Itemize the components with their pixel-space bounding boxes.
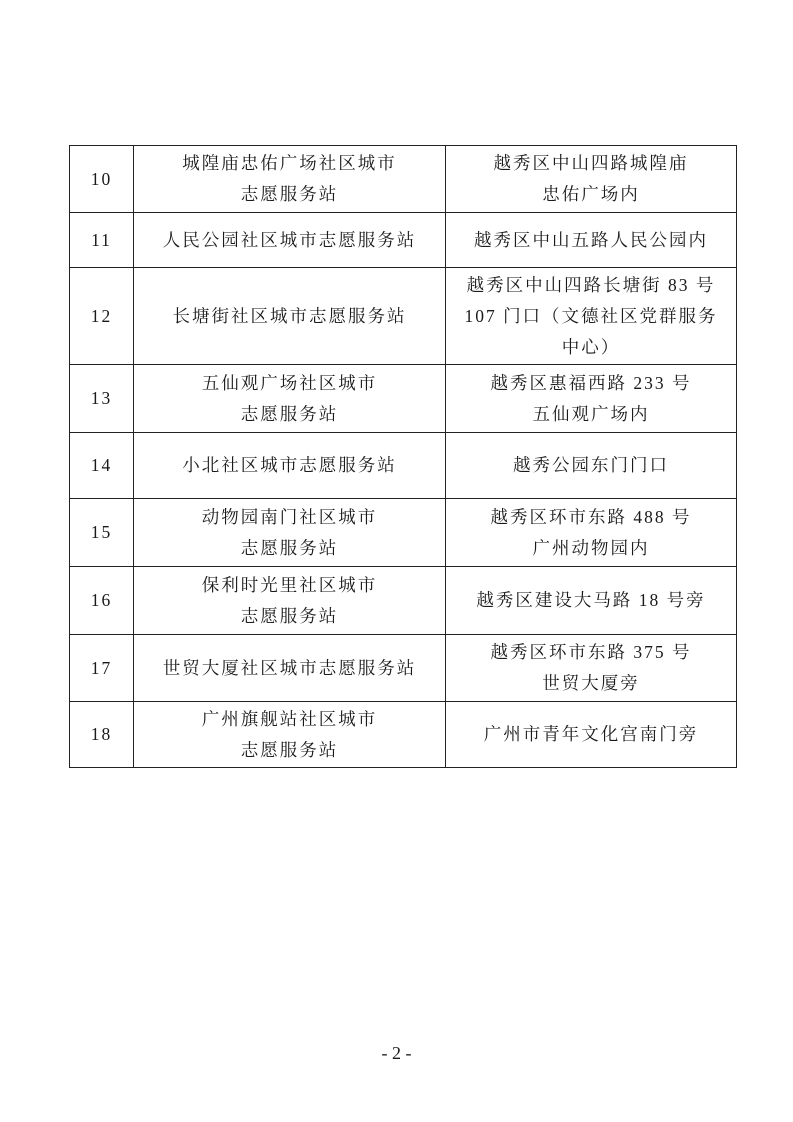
station-address-line: 越秀区建设大马路 18 号旁 [450,585,732,616]
row-number: 15 [70,499,134,567]
table-row: 17世贸大厦社区城市志愿服务站越秀区环市东路 375 号世贸大厦旁 [70,635,737,702]
station-name-cell: 保利时光里社区城市志愿服务站 [134,567,446,635]
station-address-line: 越秀区惠福西路 233 号 [450,368,732,399]
table-row: 16保利时光里社区城市志愿服务站越秀区建设大马路 18 号旁 [70,567,737,635]
station-address-line: 107 门口（文德社区党群服务 [450,301,732,332]
station-name-line: 人民公园社区城市志愿服务站 [138,225,441,256]
station-name-line: 小北社区城市志愿服务站 [138,450,441,481]
stations-table: 10城隍庙忠佑广场社区城市志愿服务站越秀区中山四路城隍庙忠佑广场内11人民公园社… [69,145,737,768]
station-address-line: 越秀区中山四路长塘街 83 号 [450,270,732,301]
station-address-line: 忠佑广场内 [450,179,732,210]
station-name-cell: 世贸大厦社区城市志愿服务站 [134,635,446,702]
station-address-line: 广州市青年文化宫南门旁 [450,719,732,750]
station-name-line: 五仙观广场社区城市 [138,368,441,399]
station-address-line: 越秀公园东门门口 [450,450,732,481]
station-name-cell: 长塘街社区城市志愿服务站 [134,268,446,365]
table-row: 13五仙观广场社区城市志愿服务站越秀区惠福西路 233 号五仙观广场内 [70,365,737,433]
stations-table-body: 10城隍庙忠佑广场社区城市志愿服务站越秀区中山四路城隍庙忠佑广场内11人民公园社… [70,146,737,768]
station-address-line: 中心） [450,332,732,363]
row-number: 13 [70,365,134,433]
row-number: 10 [70,146,134,213]
table-row: 10城隍庙忠佑广场社区城市志愿服务站越秀区中山四路城隍庙忠佑广场内 [70,146,737,213]
station-name-line: 广州旗舰站社区城市 [138,704,441,735]
row-number: 12 [70,268,134,365]
station-name-cell: 人民公园社区城市志愿服务站 [134,213,446,268]
station-name-line: 志愿服务站 [138,179,441,210]
table-row: 11人民公园社区城市志愿服务站越秀区中山五路人民公园内 [70,213,737,268]
page-number: - 2 - [0,1043,793,1064]
table-row: 12长塘街社区城市志愿服务站越秀区中山四路长塘街 83 号107 门口（文德社区… [70,268,737,365]
row-number: 14 [70,433,134,499]
station-name-cell: 动物园南门社区城市志愿服务站 [134,499,446,567]
station-name-line: 世贸大厦社区城市志愿服务站 [138,653,441,684]
row-number: 11 [70,213,134,268]
station-name-line: 长塘街社区城市志愿服务站 [138,301,441,332]
station-address-cell: 越秀区建设大马路 18 号旁 [446,567,737,635]
station-address-cell: 越秀区惠福西路 233 号五仙观广场内 [446,365,737,433]
station-address-cell: 越秀区中山四路城隍庙忠佑广场内 [446,146,737,213]
station-name-cell: 五仙观广场社区城市志愿服务站 [134,365,446,433]
station-address-line: 五仙观广场内 [450,399,732,430]
station-address-cell: 越秀区中山五路人民公园内 [446,213,737,268]
row-number: 17 [70,635,134,702]
station-address-line: 越秀区环市东路 488 号 [450,502,732,533]
station-address-cell: 越秀公园东门门口 [446,433,737,499]
row-number: 16 [70,567,134,635]
station-name-cell: 城隍庙忠佑广场社区城市志愿服务站 [134,146,446,213]
station-address-line: 越秀区中山四路城隍庙 [450,148,732,179]
station-name-line: 志愿服务站 [138,399,441,430]
station-address-cell: 越秀区环市东路 375 号世贸大厦旁 [446,635,737,702]
station-name-cell: 小北社区城市志愿服务站 [134,433,446,499]
station-name-line: 动物园南门社区城市 [138,502,441,533]
table-row: 15动物园南门社区城市志愿服务站越秀区环市东路 488 号广州动物园内 [70,499,737,567]
station-name-line: 志愿服务站 [138,601,441,632]
station-name-cell: 广州旗舰站社区城市志愿服务站 [134,702,446,768]
station-address-line: 广州动物园内 [450,533,732,564]
station-address-line: 越秀区环市东路 375 号 [450,637,732,668]
station-address-cell: 越秀区环市东路 488 号广州动物园内 [446,499,737,567]
table-row: 18广州旗舰站社区城市志愿服务站广州市青年文化宫南门旁 [70,702,737,768]
station-name-line: 志愿服务站 [138,735,441,766]
table-row: 14小北社区城市志愿服务站越秀公园东门门口 [70,433,737,499]
station-address-line: 世贸大厦旁 [450,668,732,699]
row-number: 18 [70,702,134,768]
station-name-line: 志愿服务站 [138,533,441,564]
station-name-line: 城隍庙忠佑广场社区城市 [138,148,441,179]
station-address-line: 越秀区中山五路人民公园内 [450,225,732,256]
station-address-cell: 广州市青年文化宫南门旁 [446,702,737,768]
station-address-cell: 越秀区中山四路长塘街 83 号107 门口（文德社区党群服务中心） [446,268,737,365]
station-name-line: 保利时光里社区城市 [138,570,441,601]
